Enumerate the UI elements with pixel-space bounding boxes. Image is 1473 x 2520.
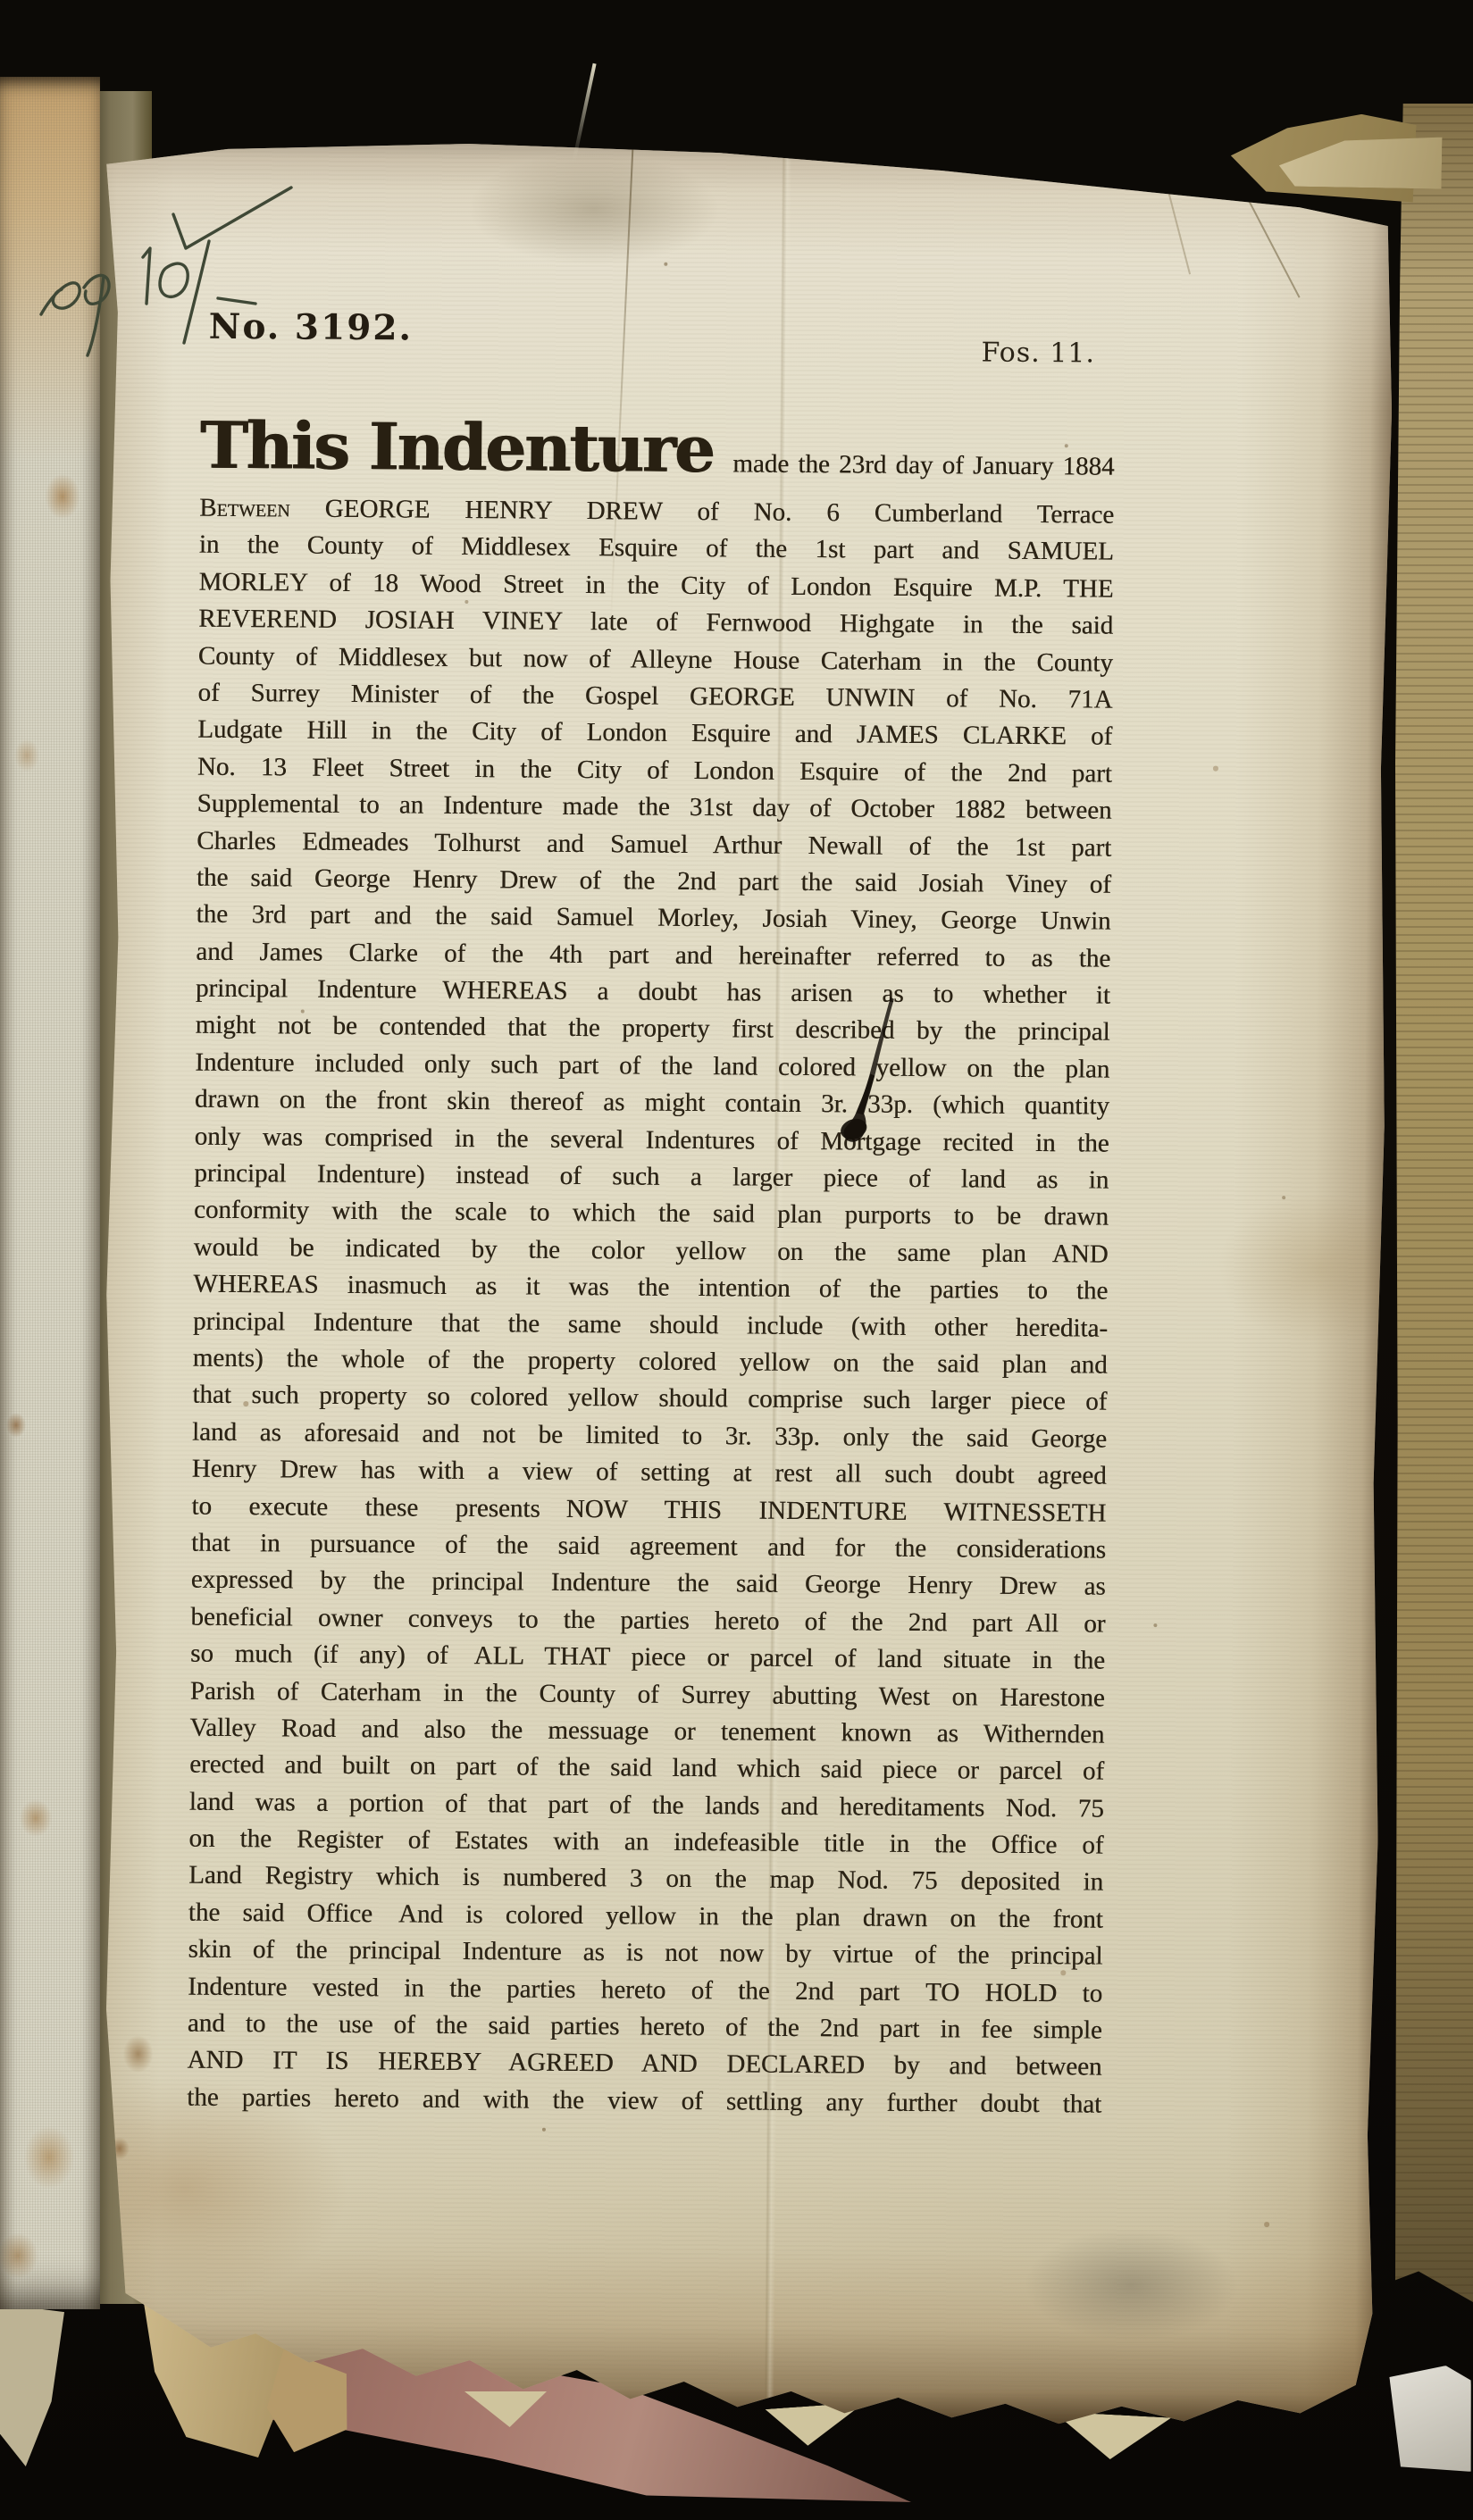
page-sliver-bottom-right — [1389, 2365, 1473, 2476]
crease-mark — [1159, 162, 1191, 274]
book-scan-scene: No. 3192. Fos. 11. This Indenture made t… — [0, 0, 1473, 2520]
document-page: No. 3192. Fos. 11. This Indenture made t… — [76, 134, 1402, 2430]
smallcaps-word: Between — [199, 494, 290, 523]
document-line: the parties hereto and with the view of … — [187, 2079, 1101, 2123]
handwritten-annotation — [25, 171, 325, 371]
underlying-page-edge — [1395, 104, 1473, 2302]
document-line: Supplemental to an Indenture made the 31… — [197, 786, 1111, 830]
opening-line: This Indenture made the 23rd day of Janu… — [199, 413, 1115, 485]
binding-fragment — [0, 2304, 64, 2466]
check-mark — [173, 188, 291, 248]
ink-blot — [833, 995, 905, 1147]
folio-number: Fos. 11. — [981, 337, 1095, 369]
document-line: Henry Drew has with a view of setting at… — [192, 1451, 1107, 1495]
opening-word: This Indenture — [199, 413, 713, 482]
binding-cloth-strip — [0, 77, 100, 2309]
document-line: REVEREND JOSIAH VINEY late of Fernwood H… — [198, 601, 1113, 645]
opening-rest: made the 23rd day of January 1884 — [732, 449, 1114, 481]
document-line: so much (if any) of ALL THAT piece or pa… — [190, 1636, 1105, 1680]
tear-mark-top — [572, 63, 596, 162]
document-body: Between GEORGE HENRY DREW of No. 6 Cumbe… — [187, 490, 1114, 2124]
